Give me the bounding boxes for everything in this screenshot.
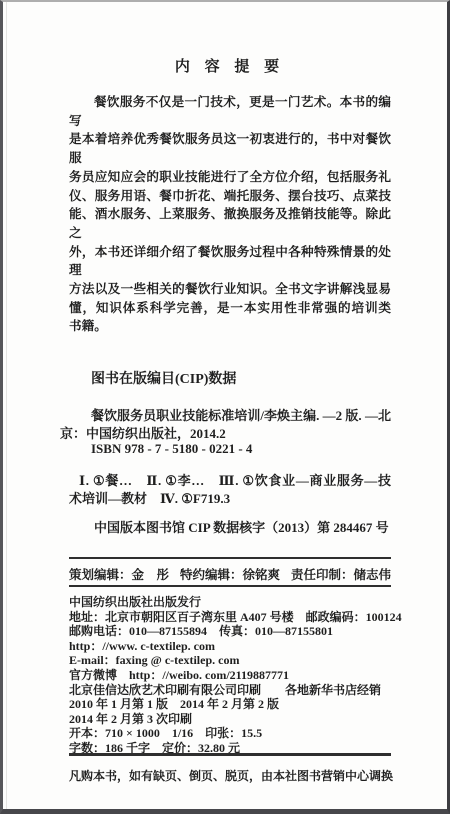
publisher-imprint-block: 中国纺织出版社出版发行 地址：北京市朝阳区百子湾东里 A407 号楼 邮政编码：… (69, 595, 399, 756)
printing-line: 2014 年 2 月第 3 次印刷 (69, 712, 399, 727)
special-editor: 特约编辑：徐铭爽 (180, 565, 280, 583)
cip-classification-line-1: Ⅰ. ①餐… Ⅱ. ①李… Ⅲ. ①饮食业—商业服务—技 (79, 470, 391, 489)
summary-line: 是本着培养优秀餐饮服务员这一初衷进行的，书中对餐饮服 (69, 130, 391, 167)
isbn-number: ISBN 978 - 7 - 5180 - 0221 - 4 (91, 441, 252, 457)
editors-row: 策划编辑：金 彤 特约编辑：徐铭爽 责任印制：储志伟 (69, 565, 391, 583)
publisher-address-line: 地址：北京市朝阳区百子湾东里 A407 号楼 邮政编码：100124 (69, 610, 399, 625)
summary-title: 内 容 提 要 (67, 55, 389, 76)
printer-distributor-line: 北京佳信达欣艺术印刷有限公司印刷 各地新华书店经销 (69, 683, 399, 698)
publisher-email-line: E-mail：faxing @ c-textilep. com (69, 653, 399, 668)
divider-rule-bottom (69, 753, 391, 756)
divider-rule-top (69, 557, 391, 559)
divider-rule-middle (69, 585, 391, 587)
summary-line: 方法以及一些相关的餐饮行业知识。全书文字讲解浅显易 (69, 280, 391, 299)
publisher-website-line: http：//www. c-textilep. com (69, 639, 399, 654)
publisher-line: 中国纺织出版社出版发行 (69, 595, 399, 610)
print-supervisor: 责任印制：储志伟 (291, 565, 391, 583)
summary-line: 外，本书还详细介绍了餐饮服务过程中各种特殊情景的处理 (69, 243, 391, 280)
summary-line: 书籍。 (69, 317, 391, 336)
summary-line: 仪、服务用语、餐巾折花、端托服务、摆台技巧、点菜技 (69, 187, 391, 206)
publisher-weibo-line: 官方微博 http：//weibo. com/2119887771 (69, 668, 399, 683)
summary-paragraph: 餐饮服务不仅是一门技术，更是一门艺术。本书的编写 是本着培养优秀餐饮服务员这一初… (69, 93, 391, 336)
edition-line: 2010 年 1 月第 1 版 2014 年 2 月第 2 版 (69, 697, 399, 712)
cip-description-line-1: 餐饮服务员职业技能标准培训/李焕主编. —2 版. —北 (91, 405, 391, 424)
cip-description-line-2: 京：中国纺织出版社，2014.2 (60, 423, 226, 442)
replacement-notice: 凡购本书，如有缺页、倒页、脱页，由本社图书营销中心调换 (69, 767, 393, 784)
cip-header: 图书在版编目(CIP)数据 (91, 368, 236, 388)
format-line: 开本：710 × 1000 1/16 印张：15.5 (69, 726, 399, 741)
planning-editor: 策划编辑：金 彤 (69, 565, 169, 583)
summary-line: 餐饮服务不仅是一门技术，更是一门艺术。本书的编写 (69, 93, 391, 130)
cip-classification-line-2: 术培训—教材 Ⅳ. ①F719.3 (69, 488, 230, 507)
cip-catalog-number: 中国版本图书馆 CIP 数据核字（2013）第 284467 号 (94, 517, 389, 536)
summary-line: 务员应知应会的职业技能进行了全方位介绍，包括服务礼 (69, 168, 391, 187)
summary-line: 能、酒水服务、上菜服务、撤换服务及推销技能等。除此之 (69, 205, 391, 242)
page-edge-line (6, 2, 7, 809)
summary-line: 懂，知识体系科学完善，是一本实用性非常强的培训类 (69, 299, 391, 318)
book-copyright-page: 内 容 提 要 餐饮服务不仅是一门技术，更是一门艺术。本书的编写 是本着培养优秀… (0, 0, 450, 814)
publisher-phone-line: 邮购电话：010—87155894 传真：010—87155801 (69, 624, 399, 639)
